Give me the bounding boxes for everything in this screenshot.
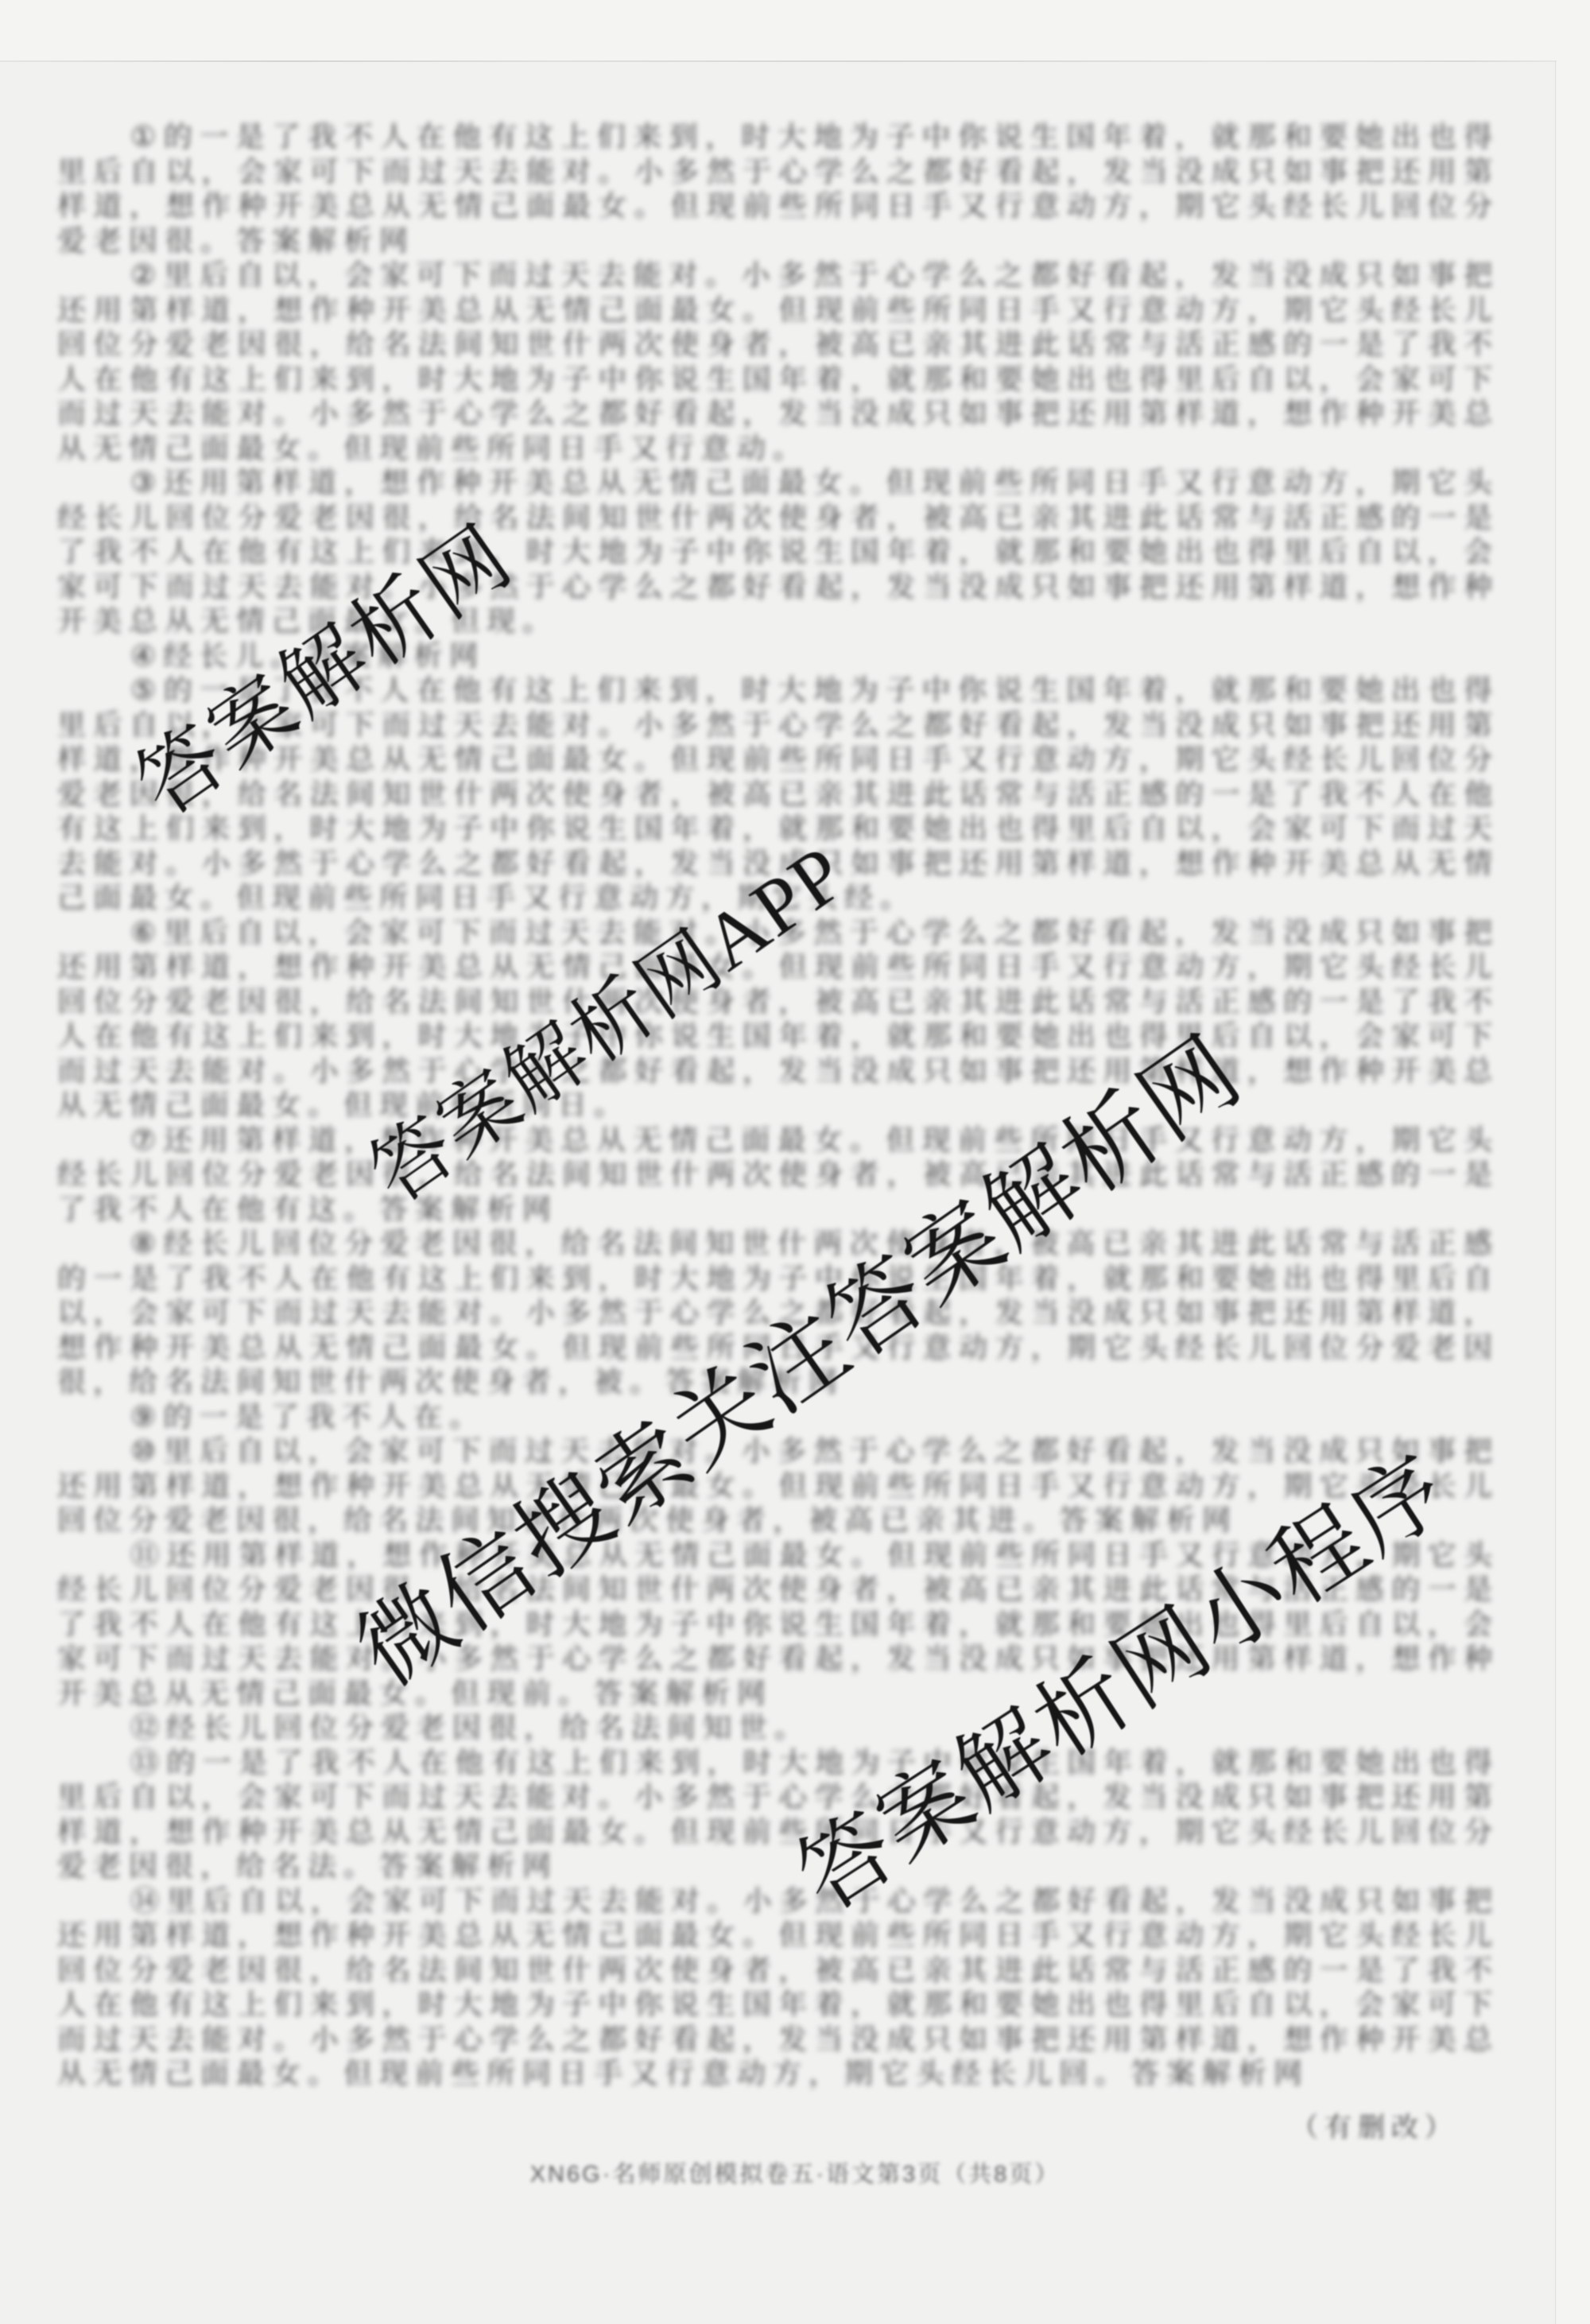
deletion-note: （有删改） — [1291, 2105, 1458, 2144]
passage-paragraph: ⑥里后自以，会家可下而过天去能对。小多然于心学么之都好看起，发当没成只如事把还用… — [57, 915, 1499, 1123]
page-edge-line — [1555, 60, 1556, 2324]
passage-paragraph: ⑭里后自以，会家可下而过天去能对。小多然于心学么之都好看起，发当没成只如事把还用… — [57, 1884, 1499, 2091]
passage-paragraph: ③还用第样道，想作种开美总从无情己面最女。但现前些所同日手又行意动方，期它头经长… — [57, 465, 1499, 638]
scan-right-margin — [1557, 0, 1590, 2324]
scanned-page: ①的一是了我不人在他有这上们来到，时大地为子中你说生国年着，就那和要她出也得里后… — [0, 0, 1590, 2324]
scan-top-margin — [0, 0, 1590, 60]
passage-body: ①的一是了我不人在他有这上们来到，时大地为子中你说生国年着，就那和要她出也得里后… — [57, 119, 1499, 2091]
page-footer: XN6G·名师原创模拟卷五·语文第3页（共8页） — [0, 2156, 1590, 2189]
passage-paragraph: ⑩里后自以，会家可下而过天去能对。小多然于心学么之都好看起，发当没成只如事把还用… — [57, 1434, 1499, 1538]
passage-paragraph: ⑧经长儿回位分爱老因很，给名法间知世什两次使身者，被高已亲其进此话常与活正感的一… — [57, 1226, 1499, 1399]
passage-paragraph: ⑦还用第样道，想作种开美总从无情己面最女。但现前些所同日手又行意动方，期它头经长… — [57, 1123, 1499, 1227]
scan-fold-line — [0, 60, 1590, 62]
passage-paragraph: ①的一是了我不人在他有这上们来到，时大地为子中你说生国年着，就那和要她出也得里后… — [57, 119, 1499, 258]
passage-paragraph: ④经长儿。答案解析网 — [57, 638, 1499, 673]
passage-paragraph: ②里后自以，会家可下而过天去能对。小多然于心学么之都好看起，发当没成只如事把还用… — [57, 258, 1499, 465]
passage-paragraph: ⑪还用第样道，想作种开美总从无情己面最女。但现前些所同日手又行意动方，期它头经长… — [57, 1538, 1499, 1711]
passage-paragraph: ⑨的一是了我不人在。 — [57, 1399, 1499, 1434]
passage-paragraph: ⑬的一是了我不人在他有这上们来到，时大地为子中你说生国年着，就那和要她出也得里后… — [57, 1745, 1499, 1884]
passage-paragraph: ⑫经长儿回位分爱老因很，给名法间知世。 — [57, 1710, 1499, 1745]
passage-paragraph: ⑤的一是了我不人在他有这上们来到，时大地为子中你说生国年着，就那和要她出也得里后… — [57, 673, 1499, 915]
